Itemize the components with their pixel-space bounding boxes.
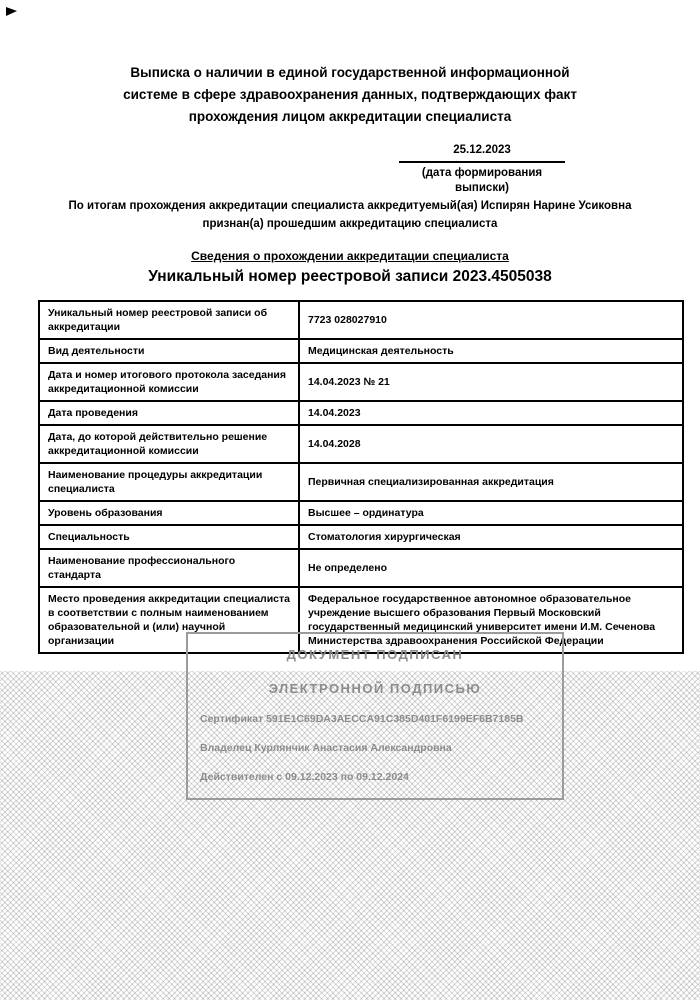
row-label-cell: Вид деятельности: [39, 339, 299, 363]
table-row: Уникальный номер реестровой записи об ак…: [39, 301, 683, 339]
row-value-cell: 7723 028027910: [299, 301, 683, 339]
stamp-owner: Владелец Курлянчик Анастасия Александров…: [200, 742, 552, 754]
table-row: Наименование процедуры аккредитации спец…: [39, 463, 683, 501]
title-line-1: Выписка о наличии в единой государственн…: [80, 62, 620, 84]
stamp-header-line-1: ДОКУМЕНТ ПОДПИСАН: [188, 647, 562, 662]
row-label-cell: Дата и номер итогового протокола заседан…: [39, 363, 299, 401]
intro-paragraph: По итогам прохождения аккредитации специ…: [30, 197, 670, 233]
row-value-cell: 14.04.2023: [299, 401, 683, 425]
row-value-cell: Медицинская деятельность: [299, 339, 683, 363]
row-label-cell: Дата проведения: [39, 401, 299, 425]
issue-date-block: 25.12.2023 (дата формирования выписки): [399, 143, 565, 196]
row-value-cell: Не определено: [299, 549, 683, 587]
table-row: СпециальностьСтоматология хирургическая: [39, 525, 683, 549]
table-row: Дата и номер итогового протокола заседан…: [39, 363, 683, 401]
cursor-icon: [6, 7, 17, 16]
stamp-header-line-2: ЭЛЕКТРОННОЙ ПОДПИСЬЮ: [188, 681, 562, 696]
row-label-cell: Уникальный номер реестровой записи об ак…: [39, 301, 299, 339]
row-label-cell: Уровень образования: [39, 501, 299, 525]
accreditation-table: Уникальный номер реестровой записи об ак…: [38, 300, 684, 654]
row-value-cell: 14.04.2028: [299, 425, 683, 463]
table-row: Дата проведения14.04.2023: [39, 401, 683, 425]
registry-number-title: Уникальный номер реестровой записи 2023.…: [0, 268, 700, 286]
stamp-validity: Действителен с 09.12.2023 по 09.12.2024: [200, 771, 552, 783]
issue-date: 25.12.2023: [399, 143, 565, 163]
row-value-cell: Высшее – ординатура: [299, 501, 683, 525]
issue-date-caption: (дата формирования выписки): [399, 163, 565, 196]
row-value-cell: Первичная специализированная аккредитаци…: [299, 463, 683, 501]
section-heading: Сведения о прохождении аккредитации спец…: [0, 249, 700, 263]
table-row: Уровень образованияВысшее – ординатура: [39, 501, 683, 525]
intro-line-2: признан(а) прошедшим аккредитацию специа…: [30, 215, 670, 233]
document-page: Выписка о наличии в единой государственн…: [0, 0, 700, 1000]
row-label-cell: Наименование процедуры аккредитации спец…: [39, 463, 299, 501]
row-value-cell: Стоматология хирургическая: [299, 525, 683, 549]
title-line-2: системе в сфере здравоохранения данных, …: [80, 84, 620, 106]
table-row: Вид деятельностиМедицинская деятельность: [39, 339, 683, 363]
document-title: Выписка о наличии в единой государственн…: [80, 62, 620, 128]
stamp-certificate: Сертификат 591E1C69DA3AECCA91C385D401F61…: [200, 713, 552, 725]
signature-stamp: ДОКУМЕНТ ПОДПИСАН ЭЛЕКТРОННОЙ ПОДПИСЬЮ С…: [186, 632, 564, 800]
row-label-cell: Дата, до которой действительно решение а…: [39, 425, 299, 463]
row-label-cell: Наименование профессионального стандарта: [39, 549, 299, 587]
row-value-cell: 14.04.2023 № 21: [299, 363, 683, 401]
intro-line-1: По итогам прохождения аккредитации специ…: [30, 197, 670, 215]
table-row: Наименование профессионального стандарта…: [39, 549, 683, 587]
row-label-cell: Специальность: [39, 525, 299, 549]
table-row: Дата, до которой действительно решение а…: [39, 425, 683, 463]
title-line-3: прохождения лицом аккредитации специалис…: [80, 106, 620, 128]
